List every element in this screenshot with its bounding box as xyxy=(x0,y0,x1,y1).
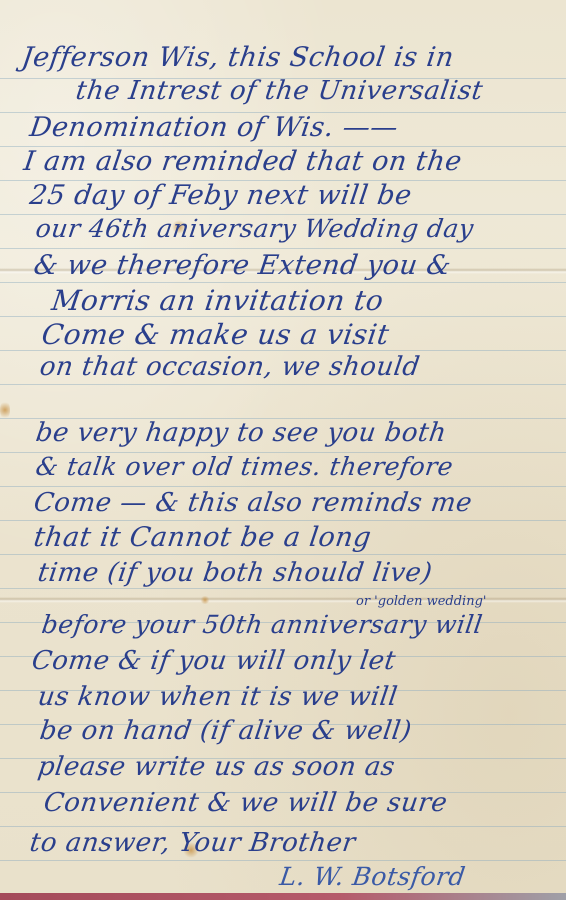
letter-page: Jefferson Wis, this School is in the Int… xyxy=(0,0,566,893)
paper-stain xyxy=(0,400,10,420)
letter-line: & we therefore Extend you & xyxy=(32,250,454,281)
letter-line: time (if you both should live) xyxy=(36,558,434,588)
letter-line: be on hand (if alive & well) xyxy=(38,716,414,746)
ruled-line xyxy=(0,554,566,555)
ruled-line xyxy=(0,520,566,521)
letter-line: I am also reminded that on the xyxy=(22,146,464,177)
ruled-line xyxy=(0,384,566,385)
letter-line: before your 50th anniversary will xyxy=(40,610,485,639)
ruled-line xyxy=(0,248,566,249)
ruled-line xyxy=(0,588,566,589)
letter-line: Come — & this also reminds me xyxy=(32,488,474,518)
letter-line: that it Cannot be a long xyxy=(32,522,374,553)
letter-line: Come & if you will only let xyxy=(30,646,398,676)
letter-line: the Intrest of the Universalist xyxy=(74,76,485,106)
ruled-line xyxy=(0,826,566,827)
letter-line: us know when it is we will xyxy=(36,682,400,712)
letter-line: & talk over old times. therefore xyxy=(34,452,455,481)
letter-line: on that occasion, we should xyxy=(38,352,422,382)
interlinear-annotation: or 'golden wedding' xyxy=(356,594,486,609)
ruled-line xyxy=(0,282,566,283)
letter-line: 25 day of Feby next will be xyxy=(28,180,414,211)
letter-line: Morris an invitation to xyxy=(50,284,386,317)
letter-line: to answer, Your Brother xyxy=(28,828,358,858)
signature: L. W. Botsford xyxy=(278,862,467,891)
letter-line: Convenient & we will be sure xyxy=(42,788,449,818)
scan-bottom-edge xyxy=(0,893,566,900)
letter-line: Come & make us a visit xyxy=(40,318,392,351)
letter-line: our 46th aniversary Wedding day xyxy=(34,214,476,243)
ruled-line xyxy=(0,486,566,487)
letter-line: be very happy to see you both xyxy=(34,418,449,448)
ruled-line xyxy=(0,860,566,861)
letter-line: Denomination of Wis. —— xyxy=(28,112,400,143)
letter-line: Jefferson Wis, this School is in xyxy=(20,42,456,73)
letter-line: please write us as soon as xyxy=(36,752,397,782)
paper-stain xyxy=(200,596,210,604)
